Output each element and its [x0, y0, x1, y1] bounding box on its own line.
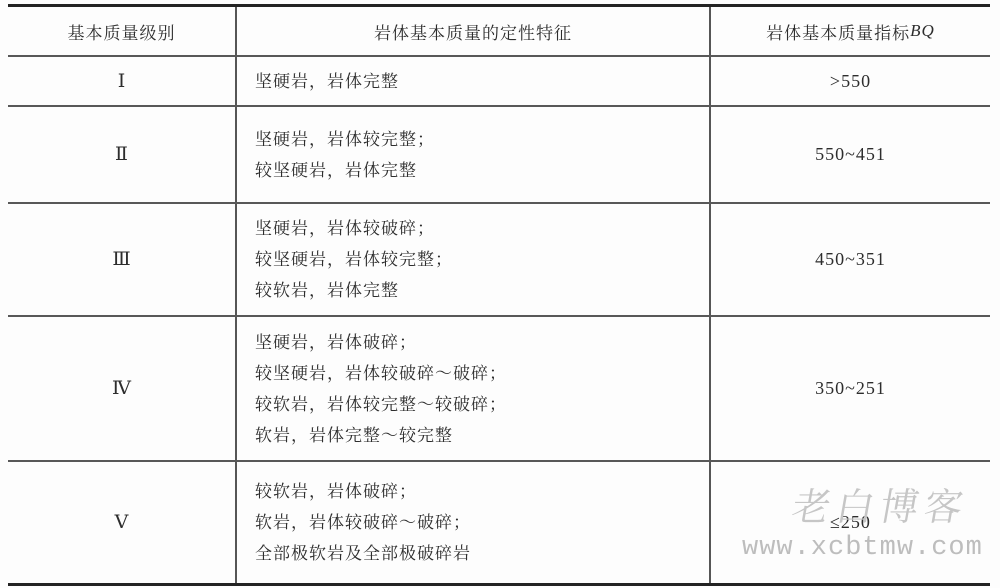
- header-bq-cell: 岩体基本质量指标 BQ: [711, 7, 990, 55]
- bq-value: 550~451: [815, 144, 886, 165]
- features-cell: 较软岩，岩体破碎； 软岩，岩体较破碎～破碎； 全部极软岩及全部极破碎岩: [237, 462, 711, 583]
- feature-line: 较软岩，岩体完整: [255, 275, 709, 306]
- feature-line: 较坚硬岩，岩体较破碎～破碎；: [255, 358, 709, 389]
- feature-line: 坚硬岩，岩体破碎；: [255, 327, 709, 358]
- bq-value: >550: [830, 71, 871, 92]
- table-row-grade-4: Ⅳ 坚硬岩，岩体破碎； 较坚硬岩，岩体较破碎～破碎； 较软岩，岩体较完整～较破碎…: [8, 317, 990, 462]
- feature-line: 较软岩，岩体较完整～较破碎；: [255, 389, 709, 420]
- grade-numeral: Ⅲ: [112, 248, 130, 271]
- header-bq-symbol: BQ: [910, 21, 935, 41]
- features-cell: 坚硬岩，岩体较破碎； 较坚硬岩，岩体较完整； 较软岩，岩体完整: [237, 204, 711, 315]
- feature-line: 较坚硬岩，岩体完整: [255, 155, 709, 186]
- features-cell: 坚硬岩，岩体破碎； 较坚硬岩，岩体较破碎～破碎； 较软岩，岩体较完整～较破碎； …: [237, 317, 711, 460]
- header-features-label: 岩体基本质量的定性特征: [374, 19, 572, 44]
- bq-cell: 550~451: [711, 107, 990, 202]
- grade-numeral: Ⅳ: [112, 377, 131, 400]
- header-grade-cell: 基本质量级别: [8, 7, 237, 55]
- bq-cell: 350~251: [711, 317, 990, 460]
- feature-line: 坚硬岩，岩体较完整；: [255, 124, 709, 155]
- page: 基本质量级别 岩体基本质量的定性特征 岩体基本质量指标 BQ Ⅰ 坚硬岩，岩体完…: [0, 0, 1000, 588]
- header-bq-label: 岩体基本质量指标: [766, 19, 910, 44]
- grade-cell: Ⅳ: [8, 317, 237, 460]
- header-features-cell: 岩体基本质量的定性特征: [237, 7, 711, 55]
- table-header-row: 基本质量级别 岩体基本质量的定性特征 岩体基本质量指标 BQ: [8, 7, 990, 57]
- bq-value: ≤250: [830, 512, 871, 533]
- table-row-grade-1: Ⅰ 坚硬岩，岩体完整 >550: [8, 57, 990, 107]
- grade-cell: Ⅰ: [8, 57, 237, 105]
- grade-numeral: Ⅴ: [115, 511, 129, 534]
- table-row-grade-5: Ⅴ 较软岩，岩体破碎； 软岩，岩体较破碎～破碎； 全部极软岩及全部极破碎岩 ≤2…: [8, 462, 990, 583]
- grade-cell: Ⅲ: [8, 204, 237, 315]
- grade-cell: Ⅱ: [8, 107, 237, 202]
- feature-line: 软岩，岩体较破碎～破碎；: [255, 507, 709, 538]
- bq-value: 350~251: [815, 378, 886, 399]
- feature-line: 较软岩，岩体破碎；: [255, 476, 709, 507]
- features-cell: 坚硬岩，岩体较完整； 较坚硬岩，岩体完整: [237, 107, 711, 202]
- feature-line: 坚硬岩，岩体完整: [255, 66, 709, 97]
- table-row-grade-3: Ⅲ 坚硬岩，岩体较破碎； 较坚硬岩，岩体较完整； 较软岩，岩体完整 450~35…: [8, 204, 990, 317]
- bq-cell: >550: [711, 57, 990, 105]
- feature-line: 软岩，岩体完整～较完整: [255, 420, 709, 451]
- bq-value: 450~351: [815, 249, 886, 270]
- feature-line: 坚硬岩，岩体较破碎；: [255, 213, 709, 244]
- grade-numeral: Ⅱ: [115, 143, 128, 166]
- grade-numeral: Ⅰ: [118, 70, 126, 93]
- bq-cell: ≤250: [711, 462, 990, 583]
- rock-quality-table: 基本质量级别 岩体基本质量的定性特征 岩体基本质量指标 BQ Ⅰ 坚硬岩，岩体完…: [8, 4, 990, 586]
- header-grade-label: 基本质量级别: [68, 19, 176, 44]
- bq-cell: 450~351: [711, 204, 990, 315]
- feature-line: 全部极软岩及全部极破碎岩: [255, 538, 709, 569]
- features-cell: 坚硬岩，岩体完整: [237, 57, 711, 105]
- grade-cell: Ⅴ: [8, 462, 237, 583]
- feature-line: 较坚硬岩，岩体较完整；: [255, 244, 709, 275]
- table-row-grade-2: Ⅱ 坚硬岩，岩体较完整； 较坚硬岩，岩体完整 550~451: [8, 107, 990, 204]
